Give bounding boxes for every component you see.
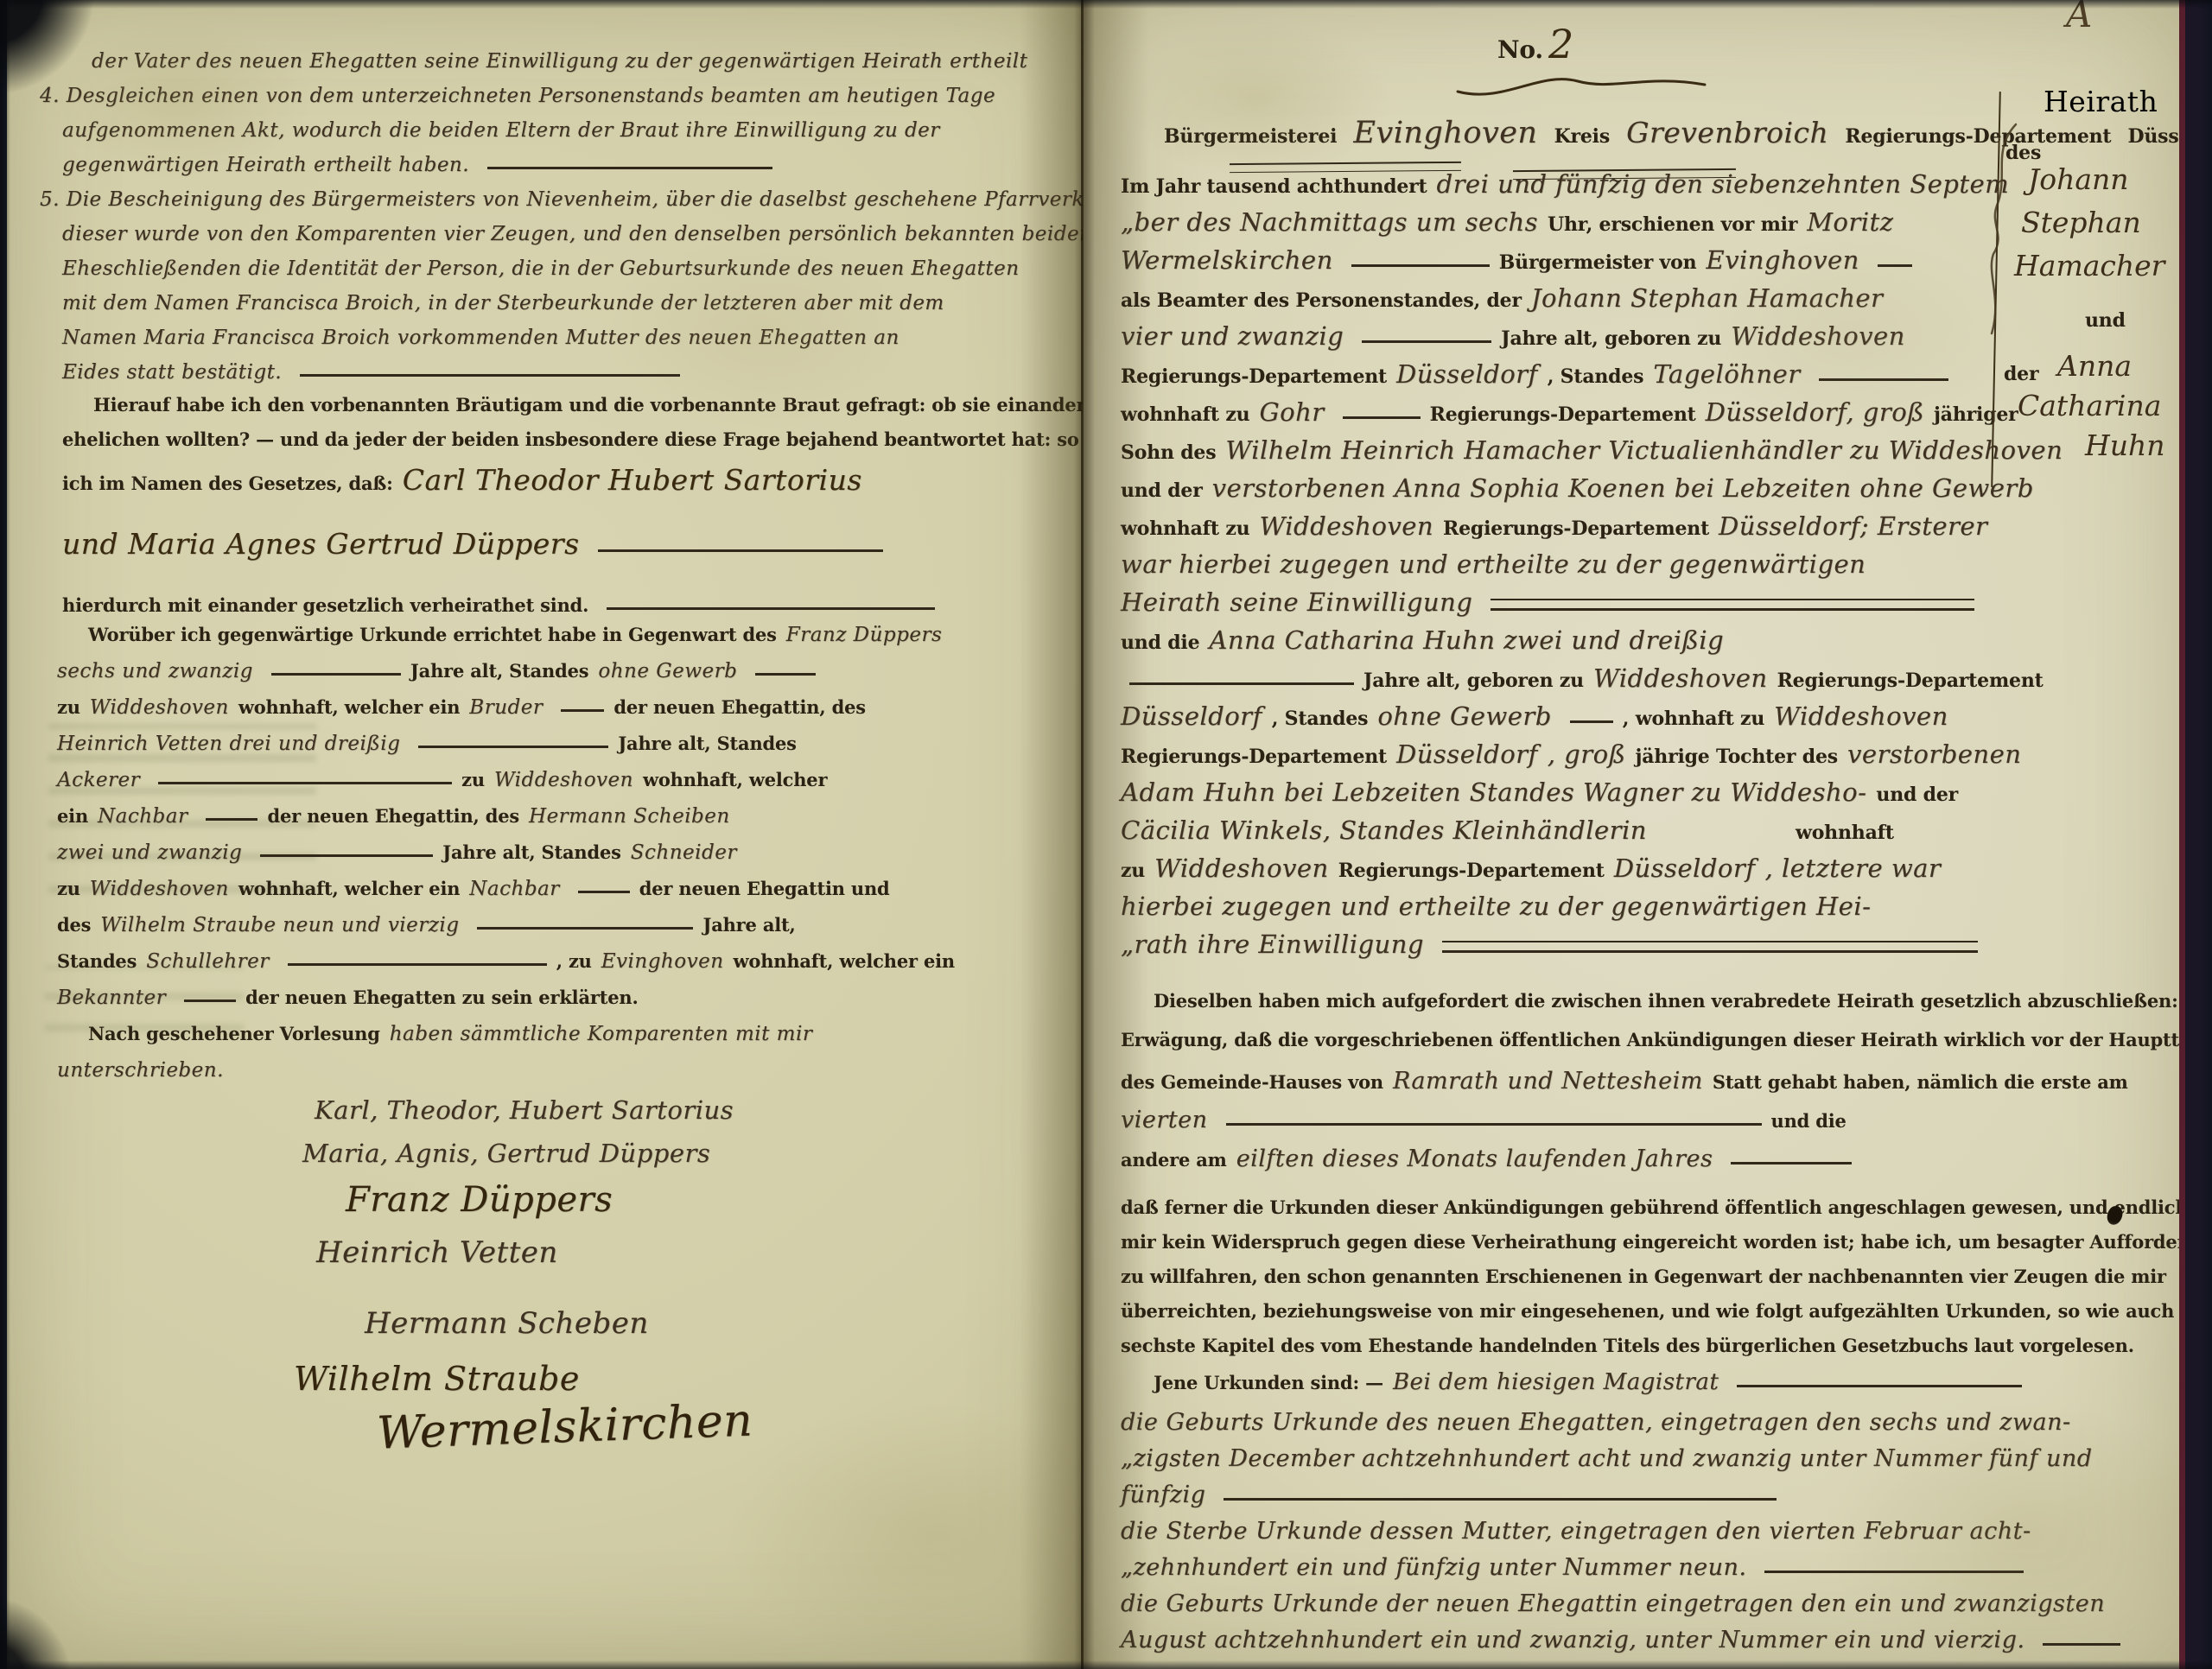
text-segment: Widdeshoven [90, 878, 229, 900]
text-line: und dieAnna Catharina Huhn zwei und drei… [1121, 625, 1997, 663]
text-line: aufgenommenen Akt, wodurch die beiden El… [62, 119, 1065, 154]
margin-conjunction: und [2085, 309, 2126, 332]
photo-edge [0, 0, 2212, 9]
text-segment: als Beamter des Personenstandes, der [1121, 289, 1522, 312]
text-segment: Schullehrer [146, 950, 270, 973]
text-line: Erwägung, daß die vorgeschriebenen öffen… [1121, 1029, 1997, 1068]
text-line: wohnhaft zuGohrRegierungs-DepartementDüs… [1121, 397, 1997, 435]
text-line: Nach geschehener Vorlesunghaben sämmtlic… [57, 1023, 1059, 1059]
text-segment: Jahre alt, Standes [410, 660, 588, 682]
text-segment: Schneider [631, 841, 737, 864]
text-segment: Widdeshoven [1774, 701, 1948, 731]
text-segment: sechs und zwanzig [57, 660, 253, 682]
rule-line [1819, 375, 1948, 381]
department-label: Regierungs-Departement [1845, 125, 2111, 148]
rule-line [1226, 1120, 1762, 1126]
text-line: wohnhaft zuWiddeshovenRegierungs-Departe… [1121, 511, 1997, 549]
text-segment: Düsseldorf [1614, 854, 1756, 883]
text-line: Bekannterder neuen Ehegatten zu sein erk… [57, 987, 1068, 1023]
text-segment: überreichten, beziehungsweise von mir ei… [1121, 1300, 2179, 1322]
text-segment: ein [57, 805, 88, 827]
rule-line [206, 815, 257, 821]
text-line: Cäcilia Winkels, Standes Kleinhändlerinw… [1121, 815, 1997, 854]
gutter-fold-line [1081, 0, 1084, 1669]
left-page: der Vater des neuen Ehegatten seine Einw… [7, 0, 1083, 1669]
text-line: vier und zwanzigJahre alt, geboren zuWid… [1121, 321, 1997, 359]
text-segment: und die [1771, 1110, 1847, 1132]
text-segment: der neuen Ehegatten zu sein erklärten. [245, 987, 638, 1008]
margin-name-line: Huhn [2085, 428, 2165, 468]
text-line: die Geburts Urkunde des neuen Ehegatten,… [1121, 1409, 1997, 1445]
right-page: No.2 Bürgermeisterei Evinghoven Kreis Gr… [1083, 0, 2179, 1669]
text-segment: Nachbar [98, 805, 188, 828]
text-segment: Heirath seine Einwilligung [1121, 587, 1472, 617]
rule-line [598, 546, 883, 552]
text-line: Heirath seine Einwilligung [1121, 587, 1997, 625]
closing-section: Nach geschehener Vorlesunghaben sämmtlic… [57, 1023, 1059, 1095]
text-line: Düsseldorf, Standesohne Gewerb, wohnhaft… [1121, 701, 1997, 739]
text-segment: Jene Urkunden sind: — [1154, 1372, 1383, 1393]
margin-groom-intro: des [2005, 142, 2041, 164]
text-segment: wohnhaft zu [1121, 403, 1249, 426]
rule-line [158, 778, 452, 784]
text-segment: „ber des Nachmittags um sechs [1121, 207, 1538, 237]
text-segment: Wilhelm Straube neun und vierzig [100, 914, 459, 936]
text-segment: ehelichen wollten? — und da jeder der be… [62, 428, 1083, 450]
text-segment: hierdurch mit einander gesetzlich verhei… [62, 594, 588, 616]
text-segment: jährige Tochter des [1635, 746, 1837, 768]
text-segment: Gohr [1259, 397, 1324, 427]
text-segment: daß ferner die Urkunden dieser Ankündigu… [1121, 1196, 2179, 1218]
text-line: 5. Die Bescheinigung des Bürgermeisters … [40, 188, 1065, 223]
flourish-underline [1452, 66, 1712, 104]
rule-line [1878, 261, 1912, 267]
record-number-value: 2 [1548, 21, 1573, 67]
text-line: desWilhelm Straube neun und vierzigJahre… [57, 914, 1068, 950]
text-segment: Jahre alt, Standes [442, 841, 620, 863]
text-segment: Moritz [1807, 207, 1893, 237]
text-line: Heinrich Vetten drei und dreißigJahre al… [57, 733, 1068, 769]
text-segment: wohnhaft, welcher ein [734, 950, 955, 972]
rule-line [1737, 1381, 2022, 1387]
rule-line [271, 670, 401, 676]
text-line: Dieselben haben mich aufgefordert die zw… [1121, 990, 1997, 1029]
text-line: „rath ihre Einwilligung [1121, 930, 1997, 968]
rule-line [1442, 941, 1978, 953]
text-segment: Jahre alt, geboren zu [1363, 670, 1584, 692]
rule-line [1570, 717, 1613, 723]
text-line: „ber des Nachmittags um sechsUhr, erschi… [1121, 207, 1997, 245]
text-segment: Regierungs-Departement [1443, 517, 1709, 540]
text-segment: zu [57, 696, 80, 718]
text-segment: Jahre alt, geboren zu [1501, 327, 1721, 350]
proclamation-section: Dieselben haben mich aufgefordert die zw… [1121, 990, 1997, 1184]
text-segment: Regierungs-Departement [1121, 365, 1387, 388]
text-segment: Bekannter [57, 987, 166, 1009]
text-segment: Düsseldorf; Ersterer [1719, 511, 1987, 541]
text-segment: Dieselben haben mich aufgefordert die zw… [1154, 990, 2179, 1012]
left-annotations-section: der Vater des neuen Ehegatten seine Einw… [62, 50, 1065, 396]
text-segment: Tagelöhner [1653, 359, 1800, 389]
text-segment: zu [1121, 860, 1145, 882]
text-line: dieser wurde von den Komparenten vier Ze… [62, 223, 1065, 257]
text-segment: Cäcilia Winkels, Standes Kleinhändlerin [1121, 815, 1647, 845]
text-segment: Düsseldorf [1121, 701, 1262, 731]
text-line: mir kein Widerspruch gegen diese Verheir… [1121, 1231, 1997, 1266]
text-segment: Im Jahr tausend achthundert [1121, 175, 1427, 198]
signature-registrar: Wermelskirchen [376, 1394, 753, 1459]
text-segment: Regierungs-Departement [1430, 403, 1696, 426]
text-segment: wohnhaft, welcher [643, 769, 827, 790]
text-segment: andere am [1121, 1149, 1227, 1171]
text-segment: Nach geschehener Vorlesung [88, 1023, 380, 1044]
document-photo: der Vater des neuen Ehegatten seine Einw… [0, 0, 2212, 1669]
text-segment: „rath ihre Einwilligung [1121, 930, 1424, 959]
office-label: Bürgermeisterei [1164, 125, 1337, 148]
text-line: die Sterbe Urkunde dessen Mutter, einget… [1121, 1518, 1997, 1554]
signature-bride: Maria, Agnis, Gertrud Düppers [302, 1139, 710, 1168]
text-line: Namen Maria Francisca Broich vorkommende… [62, 327, 1065, 361]
marriage-declaration-section: Hierauf habe ich den vorbenannten Bräuti… [62, 394, 1065, 629]
rule-line [561, 706, 604, 712]
text-segment: Franz Düppers [786, 624, 943, 646]
text-segment: 4. Desgleichen einen von dem unterzeichn… [40, 85, 995, 107]
rule-line [1764, 1567, 2024, 1573]
rule-line [477, 923, 693, 930]
text-segment: ohne Gewerb [1377, 701, 1551, 731]
text-segment: Worüber ich gegenwärtige Urkunde erricht… [88, 624, 777, 645]
text-line: einNachbarder neuen Ehegattin, desHerman… [57, 805, 1068, 841]
signature-witness: Hermann Scheben [365, 1306, 649, 1341]
text-line: war hierbei zugegen und ertheilte zu der… [1121, 549, 1997, 587]
rule-line [288, 960, 547, 966]
text-segment: Bürgermeister von [1499, 251, 1697, 274]
rule-line [2043, 1640, 2120, 1646]
text-segment: die Geburts Urkunde des neuen Ehegatten,… [1121, 1409, 2071, 1436]
text-segment: Standes [57, 950, 137, 972]
text-line: überreichten, beziehungsweise von mir ei… [1121, 1300, 1997, 1335]
text-segment: Bruder [469, 696, 543, 719]
margin-name-line: Hamacher [2014, 249, 2164, 292]
photo-edge [0, 1660, 2212, 1669]
text-line: ehelichen wollten? — und da jeder der be… [62, 428, 1065, 463]
text-segment: Düsseldorf [1396, 359, 1538, 389]
text-segment: , letztere war [1764, 854, 1941, 883]
text-line: Regierungs-DepartementDüsseldorf, Stande… [1121, 359, 1997, 397]
signature-witness: Wilhelm Straube [294, 1360, 580, 1398]
text-segment: Uhr, erschienen vor mir [1548, 213, 1797, 236]
district-value: Grevenbroich [1626, 116, 1828, 149]
text-line: gegenwärtigen Heirath ertheilt haben. [62, 154, 1065, 188]
text-line: mit dem Namen Francisca Broich, in der S… [62, 292, 1065, 327]
text-segment: die Geburts Urkunde der neuen Ehegattin … [1121, 1590, 2105, 1617]
rule-line [607, 604, 935, 610]
text-line: hierbei zugegen und ertheilte zu der geg… [1121, 892, 1997, 930]
text-segment: unterschrieben. [57, 1059, 224, 1082]
district-label: Kreis [1554, 125, 1610, 148]
rule-line [578, 887, 630, 893]
text-segment: , Standes [1272, 708, 1369, 730]
text-line: des Gemeinde-Hauses vonRamrath und Nette… [1121, 1068, 1997, 1107]
text-segment: sechste Kapitel des vom Ehestande handel… [1121, 1335, 2134, 1356]
signature-witness: Franz Düppers [346, 1180, 613, 1220]
rule-line [260, 851, 433, 857]
book-cover-edge [2179, 0, 2212, 1669]
text-segment: Regierungs-Departement [1121, 746, 1387, 768]
text-segment: haben sämmtliche Komparenten mit mir [390, 1023, 813, 1045]
text-segment: wohnhaft, welcher ein [238, 696, 460, 718]
text-line: Eides statt bestätigt. [62, 361, 1065, 396]
record-number-label: No. [1497, 35, 1543, 64]
text-segment: des [57, 914, 91, 936]
text-segment: dieser wurde von den Komparenten vier Ze… [62, 223, 1083, 245]
text-line: viertenund die [1121, 1107, 1997, 1145]
department-value: Düsseldorf. [2127, 125, 2179, 148]
rule-line [1224, 1494, 1777, 1501]
text-segment: Namen Maria Francisca Broich vorkommende… [62, 327, 899, 349]
margin-bride-name: Anna Catharina Huhn [2018, 349, 2165, 468]
text-line: zu willfahren, den schon genannten Ersch… [1121, 1266, 1997, 1300]
text-line: Adam Huhn bei Lebzeiten Standes Wagner z… [1121, 777, 1997, 815]
text-segment: Adam Huhn bei Lebzeiten Standes Wagner z… [1121, 777, 1866, 807]
text-segment: August achtzehnhundert ein und zwanzig, … [1121, 1627, 2024, 1653]
text-line: daß ferner die Urkunden dieser Ankündigu… [1121, 1196, 1997, 1231]
text-line: unterschrieben. [57, 1059, 1059, 1095]
photo-edge [0, 0, 10, 1669]
text-segment: wohnhaft zu [1121, 517, 1249, 540]
text-segment: des Gemeinde-Hauses von [1121, 1071, 1383, 1093]
text-segment: wohnhaft [1796, 822, 1894, 844]
text-segment: verstorbenen [1847, 739, 2022, 769]
text-line: sechs und zwanzigJahre alt, Standesohne … [57, 660, 1068, 696]
rule-line [1731, 1158, 1852, 1164]
text-segment: hierbei zugegen und ertheilte zu der geg… [1121, 892, 1871, 921]
text-line: Worüber ich gegenwärtige Urkunde erricht… [57, 624, 1068, 660]
signature-witness: Heinrich Vetten [316, 1235, 558, 1270]
text-segment: Widdeshoven [1259, 511, 1433, 541]
text-segment: Widdeshoven [1154, 854, 1329, 883]
text-segment: fünfzig [1121, 1482, 1205, 1508]
text-segment: vierten [1121, 1107, 1208, 1133]
text-segment: Widdeshoven [90, 696, 229, 719]
rule-line [300, 371, 680, 377]
witnesses-section: Worüber ich gegenwärtige Urkunde erricht… [57, 624, 1068, 1023]
text-segment: Wilhelm Heinrich Hamacher Victualienhänd… [1225, 435, 2063, 465]
text-segment: und die [1121, 631, 1199, 654]
text-line: Sohn desWilhelm Heinrich Hamacher Victua… [1121, 435, 1997, 473]
rule-line [184, 996, 236, 1002]
text-line: sechste Kapitel des vom Ehestande handel… [1121, 1335, 1997, 1369]
text-line: Regierungs-DepartementDüsseldorf, großjä… [1121, 739, 1997, 777]
text-segment: eilften dieses Monats laufenden Jahres [1236, 1145, 1713, 1172]
rule-line [1351, 261, 1490, 267]
text-segment: Ramrath und Nettesheim [1393, 1068, 1703, 1095]
text-line: und Maria Agnes Gertrud Düppers [62, 527, 1065, 575]
text-segment: Widdeshoven [1731, 321, 1905, 351]
margin-groom-name: Johann Stephan Hamacher [2014, 162, 2164, 292]
rule-line [1362, 337, 1491, 343]
text-segment: mit dem Namen Francisca Broich, in der S… [62, 292, 944, 314]
text-segment: zu [461, 769, 485, 790]
text-segment: war hierbei zugegen und ertheilte zu der… [1121, 549, 1866, 579]
text-segment: und Maria Agnes Gertrud Düppers [62, 527, 580, 561]
legal-text-section: daß ferner die Urkunden dieser Ankündigu… [1121, 1196, 1997, 1404]
text-segment: gegenwärtigen Heirath ertheilt haben. [62, 154, 469, 176]
text-segment: Erwägung, daß die vorgeschriebenen öffen… [1121, 1029, 2179, 1050]
text-segment: , zu [556, 950, 592, 972]
rule-line [418, 742, 608, 748]
text-segment: Widdeshoven [1593, 663, 1768, 693]
rule-line [1129, 679, 1354, 685]
rule-line [487, 163, 772, 169]
margin-name-line: Anna [2057, 349, 2165, 389]
text-line: Eheschließenden die Identität der Person… [62, 257, 1065, 292]
text-segment: verstorbenen Anna Sophia Koenen bei Lebz… [1212, 473, 2034, 503]
record-body: Im Jahr tausend achthundertdrei und fünf… [1121, 169, 1997, 1663]
text-segment: ich im Namen des Gesetzes, daß: [62, 473, 393, 494]
margin-name-line: Catharina [2018, 389, 2165, 428]
text-segment: der neuen Ehegattin, des [267, 805, 519, 827]
record-number: No.2 [1497, 21, 1573, 67]
text-segment: Johann Stephan Hamacher [1531, 283, 1884, 313]
text-segment: zu willfahren, den schon genannten Ersch… [1121, 1266, 2166, 1287]
rule-line [1491, 599, 1974, 611]
text-line: zuWiddeshovenwohnhaft, welcher einBruder… [57, 696, 1068, 733]
text-segment: Regierungs-Departement [1338, 860, 1605, 882]
text-segment: Ackerer [57, 769, 140, 791]
text-segment: Jahre alt, Standes [618, 733, 796, 754]
text-segment: drei und fünfzig den siebenzehnten Septe… [1437, 169, 2010, 199]
text-segment: Wermelskirchen [1121, 245, 1333, 275]
text-segment: Bei dem hiesigen Magistrat [1393, 1369, 1719, 1395]
text-line: WermelskirchenBürgermeister vonEvinghove… [1121, 245, 1997, 283]
text-line: August achtzehnhundert ein und zwanzig, … [1121, 1627, 1997, 1663]
text-segment: Nachbar [469, 878, 559, 900]
text-segment: Düsseldorf [1396, 739, 1538, 769]
text-line: zuWiddeshovenwohnhaft, welcher einNachba… [57, 878, 1068, 914]
text-segment: Carl Theodor Hubert Sartorius [403, 463, 862, 497]
text-segment: Jahre alt, [702, 914, 795, 936]
text-segment: und der [1876, 784, 1958, 806]
office-value: Evinghoven [1353, 116, 1537, 150]
text-segment: Statt gehabt haben, nämlich die erste am [1713, 1071, 2128, 1093]
text-segment: die Sterbe Urkunde dessen Mutter, einget… [1121, 1518, 2031, 1545]
signature-groom: Karl, Theodor, Hubert Sartorius [315, 1095, 734, 1125]
text-segment: „zehnhundert ein und fünfzig unter Numme… [1121, 1554, 1746, 1581]
text-line: fünfzig [1121, 1482, 1997, 1518]
margin-title: Heirath [2044, 85, 2158, 118]
text-line: Jahre alt, geboren zuWiddeshovenRegierun… [1121, 663, 1997, 701]
rule-line [755, 670, 816, 676]
text-segment: aufgenommenen Akt, wodurch die beiden El… [62, 119, 940, 142]
text-line: zwei und zwanzigJahre alt, StandesSchnei… [57, 841, 1068, 878]
text-segment: zu [57, 878, 80, 899]
text-segment: , groß [1548, 739, 1626, 769]
text-line: „zehnhundert ein und fünfzig unter Numme… [1121, 1554, 1997, 1590]
text-segment: , Standes [1548, 365, 1644, 388]
text-line: ich im Namen des Gesetzes, daß:Carl Theo… [62, 463, 1065, 515]
text-line: die Geburts Urkunde der neuen Ehegattin … [1121, 1590, 1997, 1627]
text-segment: der Vater des neuen Ehegatten seine Einw… [92, 50, 1027, 73]
text-line: zuWiddeshovenRegierungs-DepartementDüsse… [1121, 854, 1997, 892]
text-line: AckererzuWiddeshovenwohnhaft, welcher [57, 769, 1068, 805]
text-segment: Anna Catharina Huhn zwei und dreißig [1209, 625, 1724, 655]
text-segment: Regierungs-Departement [1777, 670, 2044, 692]
text-segment: Heinrich Vetten drei und dreißig [57, 733, 400, 755]
text-segment: Eheschließenden die Identität der Person… [62, 257, 1020, 280]
text-segment: vier und zwanzig [1121, 321, 1344, 351]
text-segment: wohnhaft, welcher ein [238, 878, 460, 899]
text-segment: Sohn des [1121, 441, 1216, 464]
margin-name-line: Johann [2028, 162, 2164, 206]
text-line: 4. Desgleichen einen von dem unterzeichn… [40, 85, 1065, 119]
text-segment: ohne Gewerb [598, 660, 737, 682]
text-segment: und der [1121, 479, 1203, 502]
text-segment: Widdeshoven [494, 769, 633, 791]
text-segment: Evinghoven [1706, 245, 1859, 275]
text-line: „zigsten December achtzehnhundert acht u… [1121, 1445, 1997, 1482]
text-segment: der neuen Ehegattin, des [613, 696, 866, 718]
text-segment: Eides statt bestätigt. [62, 361, 282, 384]
margin-name-line: Stephan [2021, 206, 2164, 249]
text-segment: , wohnhaft zu [1623, 708, 1764, 730]
text-line: StandesSchullehrer, zuEvinghovenwohnhaft… [57, 950, 1068, 987]
text-segment: 5. Die Bescheinigung des Bürgermeisters … [40, 188, 1083, 211]
rule-line [1343, 413, 1421, 419]
text-segment: mir kein Widerspruch gegen diese Verheir… [1121, 1231, 2179, 1253]
text-line: der Vater des neuen Ehegatten seine Einw… [92, 50, 1065, 85]
parties-section: Im Jahr tausend achthundertdrei und fünf… [1121, 169, 1997, 968]
text-line: andere ameilften dieses Monats laufenden… [1121, 1145, 1997, 1184]
text-line: Jene Urkunden sind: —Bei dem hiesigen Ma… [1121, 1369, 1997, 1404]
text-segment: Hermann Scheiben [529, 805, 730, 828]
text-line: Hierauf habe ich den vorbenannten Bräuti… [62, 394, 1065, 428]
text-line: als Beamter des Personenstandes, derJoha… [1121, 283, 1997, 321]
text-segment: der neuen Ehegattin und [639, 878, 890, 899]
documents-section: die Geburts Urkunde des neuen Ehegatten,… [1121, 1409, 1997, 1663]
text-segment: jähriger [1934, 403, 2018, 426]
text-line: Im Jahr tausend achthundertdrei und fünf… [1121, 169, 1997, 207]
text-segment: Evinghoven [601, 950, 724, 973]
text-segment: zwei und zwanzig [57, 841, 242, 864]
text-segment: „zigsten December achtzehnhundert acht u… [1121, 1445, 2093, 1472]
text-segment: Hierauf habe ich den vorbenannten Bräuti… [93, 394, 1083, 416]
text-line: und derverstorbenen Anna Sophia Koenen b… [1121, 473, 1997, 511]
text-segment: Düsseldorf, groß [1706, 397, 1924, 427]
